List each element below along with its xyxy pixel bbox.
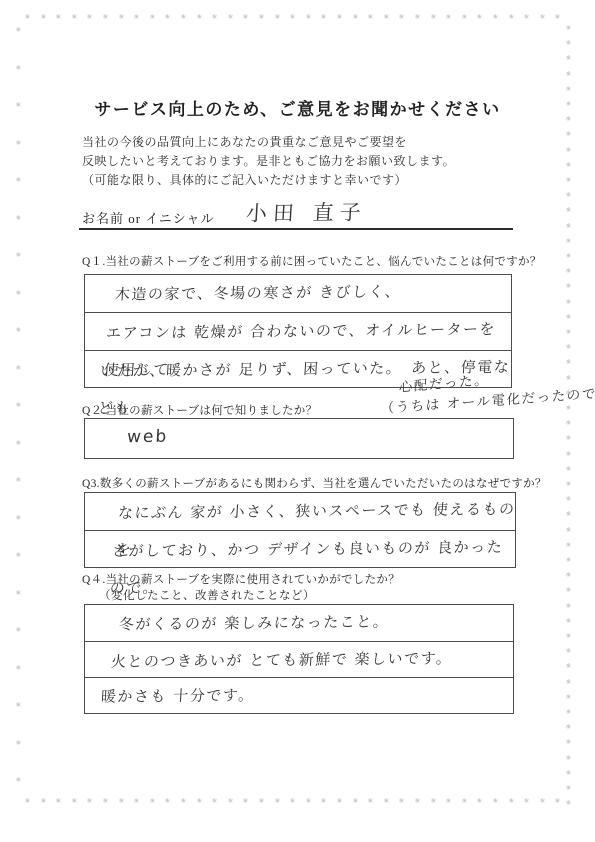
border-mark-icon: ∗ [14, 213, 22, 222]
border-mark-icon: ∗ [14, 175, 22, 184]
border-mark-icon: ∗ [14, 138, 22, 147]
border-mark-icon: ∗ [23, 12, 31, 21]
border-mark-icon: ∗ [366, 796, 374, 805]
border-mark-icon: ∗ [320, 796, 328, 805]
border-mark-icon: ∗ [564, 631, 572, 640]
border-mark-icon: ∗ [564, 586, 572, 595]
border-mark-icon: ∗ [86, 796, 94, 805]
border-mark-icon: ∗ [522, 12, 530, 21]
border-mark-icon: ∗ [14, 775, 22, 784]
question-4-label: Q４.当社の薪ストーブを実際に使用されていかがでしたか？ [82, 571, 400, 587]
border-mark-icon: ∗ [164, 12, 172, 21]
border-mark-icon: ∗ [564, 39, 572, 48]
border-mark-icon: ∗ [398, 796, 406, 805]
intro-line: 反映したいと考えております。是非ともご協力をお願い致します。 [82, 152, 522, 171]
border-mark-icon: ∗ [491, 12, 499, 21]
border-mark-icon: ∗ [564, 555, 572, 564]
border-mark-icon: ∗ [54, 12, 62, 21]
border-mark-icon: ∗ [413, 796, 421, 805]
border-mark-icon: ∗ [564, 206, 572, 215]
border-mark-icon: ∗ [273, 12, 281, 21]
question-2-answer-box: web [84, 418, 514, 459]
border-mark-icon: ∗ [179, 12, 187, 21]
border-mark-icon: ∗ [564, 373, 572, 382]
border-mark-icon: ∗ [14, 663, 22, 672]
answer-row: 冬がくるのが 楽しみになったこと。 [85, 605, 513, 641]
border-mark-icon: ∗ [564, 221, 572, 230]
border-mark-icon: ∗ [335, 796, 343, 805]
border-mark-icon: ∗ [320, 12, 328, 21]
border-mark-icon: ∗ [14, 588, 22, 597]
border-mark-icon: ∗ [564, 449, 572, 458]
page-title: サービス向上のため、ご意見をお聞かせください [0, 95, 595, 120]
border-mark-icon: ∗ [564, 69, 572, 78]
border-mark-icon: ∗ [14, 400, 22, 409]
question-4-sublabel: （変化したこと、改善されたことなど） [99, 587, 315, 603]
border-mark-icon: ∗ [257, 796, 265, 805]
border-mark-icon: ∗ [14, 475, 22, 484]
intro-text: 当社の今後の品質向上にあなたの貴重なご意見やご要望を 反映したいと考えております… [82, 133, 522, 190]
border-mark-icon: ∗ [564, 677, 572, 686]
border-mark-icon: ∗ [195, 12, 203, 21]
border-mark-icon: ∗ [564, 23, 572, 32]
answer-text: web [126, 419, 169, 455]
border-mark-icon: ∗ [304, 12, 312, 21]
border-mark-icon: ∗ [564, 160, 572, 169]
border-mark-icon: ∗ [444, 796, 452, 805]
border-mark-icon: ∗ [564, 175, 572, 184]
question-3-answer-box: なにぶん 家が 小さく、狭いスペースでも 使えるものを さがしており、かつ デザ… [84, 492, 516, 568]
border-mark-icon: ∗ [564, 510, 572, 519]
border-mark-icon: ∗ [164, 796, 172, 805]
border-mark-icon: ∗ [413, 12, 421, 21]
border-mark-icon: ∗ [14, 25, 22, 34]
border-mark-icon: ∗ [210, 796, 218, 805]
border-mark-icon: ∗ [14, 438, 22, 447]
border-mark-icon: ∗ [39, 796, 47, 805]
border-mark-icon: ∗ [14, 250, 22, 259]
name-label: お名前 or イニシャル [82, 208, 215, 227]
answer-row: なにぶん 家が 小さく、狭いスペースでも 使えるものを [85, 493, 515, 530]
border-mark-icon: ∗ [564, 115, 572, 124]
name-value-handwritten: 小田 直子 [245, 196, 368, 227]
border-mark-icon: ∗ [288, 796, 296, 805]
intro-line: 当社の今後の品質向上にあなたの貴重なご意見やご要望を [82, 133, 522, 152]
border-mark-icon: ∗ [564, 84, 572, 93]
border-mark-icon: ∗ [242, 796, 250, 805]
border-mark-icon: ∗ [382, 12, 390, 21]
border-mark-icon: ∗ [564, 191, 572, 200]
border-mark-icon: ∗ [564, 479, 572, 488]
border-mark-icon: ∗ [14, 325, 22, 334]
border-mark-icon: ∗ [382, 796, 390, 805]
border-mark-icon: ∗ [564, 647, 572, 656]
border-mark-icon: ∗ [476, 12, 484, 21]
border-mark-icon: ∗ [507, 12, 515, 21]
border-mark-icon: ∗ [564, 616, 572, 625]
border-mark-icon: ∗ [14, 513, 22, 522]
answer-text: 暖かさも 十分です。 [100, 677, 256, 715]
border-mark-icon: ∗ [14, 63, 22, 72]
border-mark-icon: ∗ [14, 363, 22, 372]
border-mark-icon: ∗ [14, 700, 22, 709]
border-mark-icon: ∗ [554, 796, 562, 805]
border-mark-icon: ∗ [564, 525, 572, 534]
border-mark-icon: ∗ [564, 145, 572, 154]
border-mark-icon: ∗ [564, 251, 572, 260]
border-mark-icon: ∗ [564, 707, 572, 716]
border-mark-icon: ∗ [257, 12, 265, 21]
border-mark-icon: ∗ [288, 12, 296, 21]
border-mark-icon: ∗ [398, 12, 406, 21]
border-mark-icon: ∗ [39, 12, 47, 21]
border-mark-icon: ∗ [429, 12, 437, 21]
border-mark-icon: ∗ [304, 796, 312, 805]
border-mark-icon: ∗ [54, 796, 62, 805]
intro-line: （可能な限り、具体的にご記入いただけますと幸いです） [82, 171, 522, 190]
border-mark-icon: ∗ [273, 796, 281, 805]
answer-text: 木造の家で、冬場の寒さが きびしく、 [114, 274, 403, 314]
border-mark-icon: ∗ [101, 12, 109, 21]
border-mark-icon: ∗ [148, 796, 156, 805]
border-mark-icon: ∗ [538, 12, 546, 21]
border-mark-icon: ∗ [564, 753, 572, 762]
border-mark-icon: ∗ [210, 12, 218, 21]
border-mark-icon: ∗ [564, 434, 572, 443]
answer-row: web [85, 419, 513, 458]
border-mark-icon: ∗ [538, 796, 546, 805]
border-mark-icon: ∗ [226, 12, 234, 21]
border-mark-icon: ∗ [564, 54, 572, 63]
border-mark-icon: ∗ [132, 12, 140, 21]
border-mark-icon: ∗ [564, 464, 572, 473]
answer-row: 木造の家で、冬場の寒さが きびしく、 [85, 275, 511, 312]
border-mark-icon: ∗ [564, 419, 572, 428]
border-mark-icon: ∗ [179, 796, 187, 805]
border-mark-icon: ∗ [564, 282, 572, 291]
border-mark-icon: ∗ [564, 692, 572, 701]
question-1-label: Q１.当社の薪ストーブをご利用する前に困っていたこと、悩んでいたことは何ですか？ [82, 253, 542, 269]
border-mark-icon: ∗ [14, 738, 22, 747]
border-mark-icon: ∗ [564, 236, 572, 245]
border-mark-icon: ∗ [366, 12, 374, 21]
answer-row: さがしており、かつ デザインも良いものが 良かったので。 [85, 530, 515, 567]
border-mark-icon: ∗ [564, 768, 572, 777]
name-underline [79, 228, 513, 230]
border-mark-icon: ∗ [117, 12, 125, 21]
border-mark-icon: ∗ [564, 267, 572, 276]
border-mark-icon: ∗ [564, 312, 572, 321]
border-mark-icon: ∗ [226, 796, 234, 805]
border-mark-icon: ∗ [70, 12, 78, 21]
question-4-answer-box: 冬がくるのが 楽しみになったこと。 火とのつきあいが とても新鮮で 楽しいです。… [84, 604, 514, 714]
border-mark-icon: ∗ [564, 327, 572, 336]
question-3-label: Q3.数多くの薪ストーブがあるにも関わらず、当社を選んでいただいたのはなぜですか… [82, 475, 547, 491]
answer-row: 暖かさも 十分です。 [85, 677, 513, 713]
border-mark-icon: ∗ [14, 625, 22, 634]
border-mark-icon: ∗ [564, 130, 572, 139]
answer-row: エアコンは 乾燥が 合わないので、オイルヒーターを使用して [85, 312, 511, 349]
border-mark-icon: ∗ [460, 796, 468, 805]
border-mark-icon: ∗ [564, 343, 572, 352]
border-mark-icon: ∗ [101, 796, 109, 805]
border-mark-icon: ∗ [476, 796, 484, 805]
border-mark-icon: ∗ [14, 550, 22, 559]
border-mark-icon: ∗ [70, 796, 78, 805]
border-mark-icon: ∗ [554, 12, 562, 21]
border-mark-icon: ∗ [564, 738, 572, 747]
answer-row: 火とのつきあいが とても新鮮で 楽しいです。 [85, 641, 513, 677]
border-mark-icon: ∗ [429, 796, 437, 805]
border-mark-icon: ∗ [564, 601, 572, 610]
border-mark-icon: ∗ [242, 12, 250, 21]
page: サービス向上のため、ご意見をお聞かせください 当社の今後の品質向上にあなたの貴重… [0, 0, 595, 842]
border-mark-icon: ∗ [351, 796, 359, 805]
border-mark-icon: ∗ [86, 12, 94, 21]
answer-text: 火とのつきあいが とても新鮮で 楽しいです。 [110, 640, 454, 680]
border-mark-icon: ∗ [195, 796, 203, 805]
border-mark-icon: ∗ [564, 571, 572, 580]
border-mark-icon: ∗ [564, 297, 572, 306]
border-mark-icon: ∗ [564, 540, 572, 549]
border-mark-icon: ∗ [491, 796, 499, 805]
border-mark-icon: ∗ [564, 662, 572, 671]
border-mark-icon: ∗ [564, 723, 572, 732]
border-mark-icon: ∗ [522, 796, 530, 805]
answer-text: 冬がくるのが 楽しみになったこと。 [118, 604, 391, 643]
border-mark-icon: ∗ [148, 12, 156, 21]
border-mark-icon: ∗ [14, 288, 22, 297]
border-mark-icon: ∗ [117, 796, 125, 805]
border-mark-icon: ∗ [507, 796, 515, 805]
border-mark-icon: ∗ [23, 796, 31, 805]
border-mark-icon: ∗ [351, 12, 359, 21]
border-mark-icon: ∗ [564, 799, 572, 808]
border-mark-icon: ∗ [564, 358, 572, 367]
border-mark-icon: ∗ [564, 495, 572, 504]
border-mark-icon: ∗ [444, 12, 452, 21]
border-mark-icon: ∗ [335, 12, 343, 21]
border-mark-icon: ∗ [564, 403, 572, 412]
border-mark-icon: ∗ [460, 12, 468, 21]
border-mark-icon: ∗ [564, 783, 572, 792]
border-mark-icon: ∗ [132, 796, 140, 805]
question-2-label: Q２.当社の薪ストーブは何で知りましたか？ [82, 402, 317, 418]
